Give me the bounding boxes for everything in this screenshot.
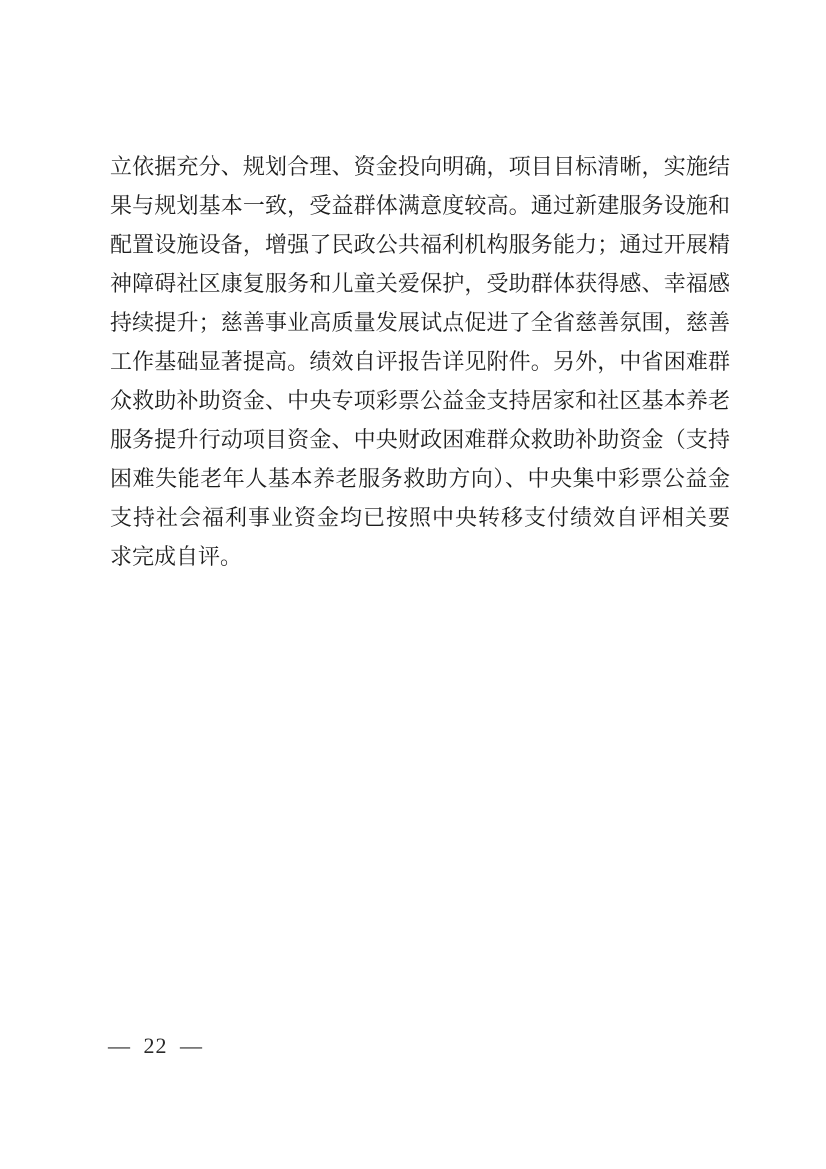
text-line: 求完成自评。 [110,537,730,576]
text-line: 配置设施设备，增强了民政公共福利机构服务能力；通过开展精 [110,225,730,264]
text-line: 果与规划基本一致，受益群体满意度较高。通过新建服务设施和 [110,186,730,225]
page-number: — 22 — [108,1031,203,1061]
text-line: 工作基础显著提高。绩效自评报告详见附件。另外，中省困难群 [110,342,730,381]
body-paragraph: 立依据充分、规划合理、资金投向明确，项目目标清晰，实施结 果与规划基本一致，受益… [110,147,730,576]
text-line: 持续提升；慈善事业高质量发展试点促进了全省慈善氛围，慈善 [110,303,730,342]
text-line: 众救助补助资金、中央专项彩票公益金支持居家和社区基本养老 [110,381,730,420]
document-page: 立依据充分、规划合理、资金投向明确，项目目标清晰，实施结 果与规划基本一致，受益… [0,0,826,1169]
text-line: 服务提升行动项目资金、中央财政困难群众救助补助资金（支持 [110,420,730,459]
text-line: 支持社会福利事业资金均已按照中央转移支付绩效自评相关要 [110,498,730,537]
text-line: 神障碍社区康复服务和儿童关爱保护，受助群体获得感、幸福感 [110,264,730,303]
text-line: 立依据充分、规划合理、资金投向明确，项目目标清晰，实施结 [110,147,730,186]
text-line: 困难失能老年人基本养老服务救助方向）、中央集中彩票公益金 [110,459,730,498]
